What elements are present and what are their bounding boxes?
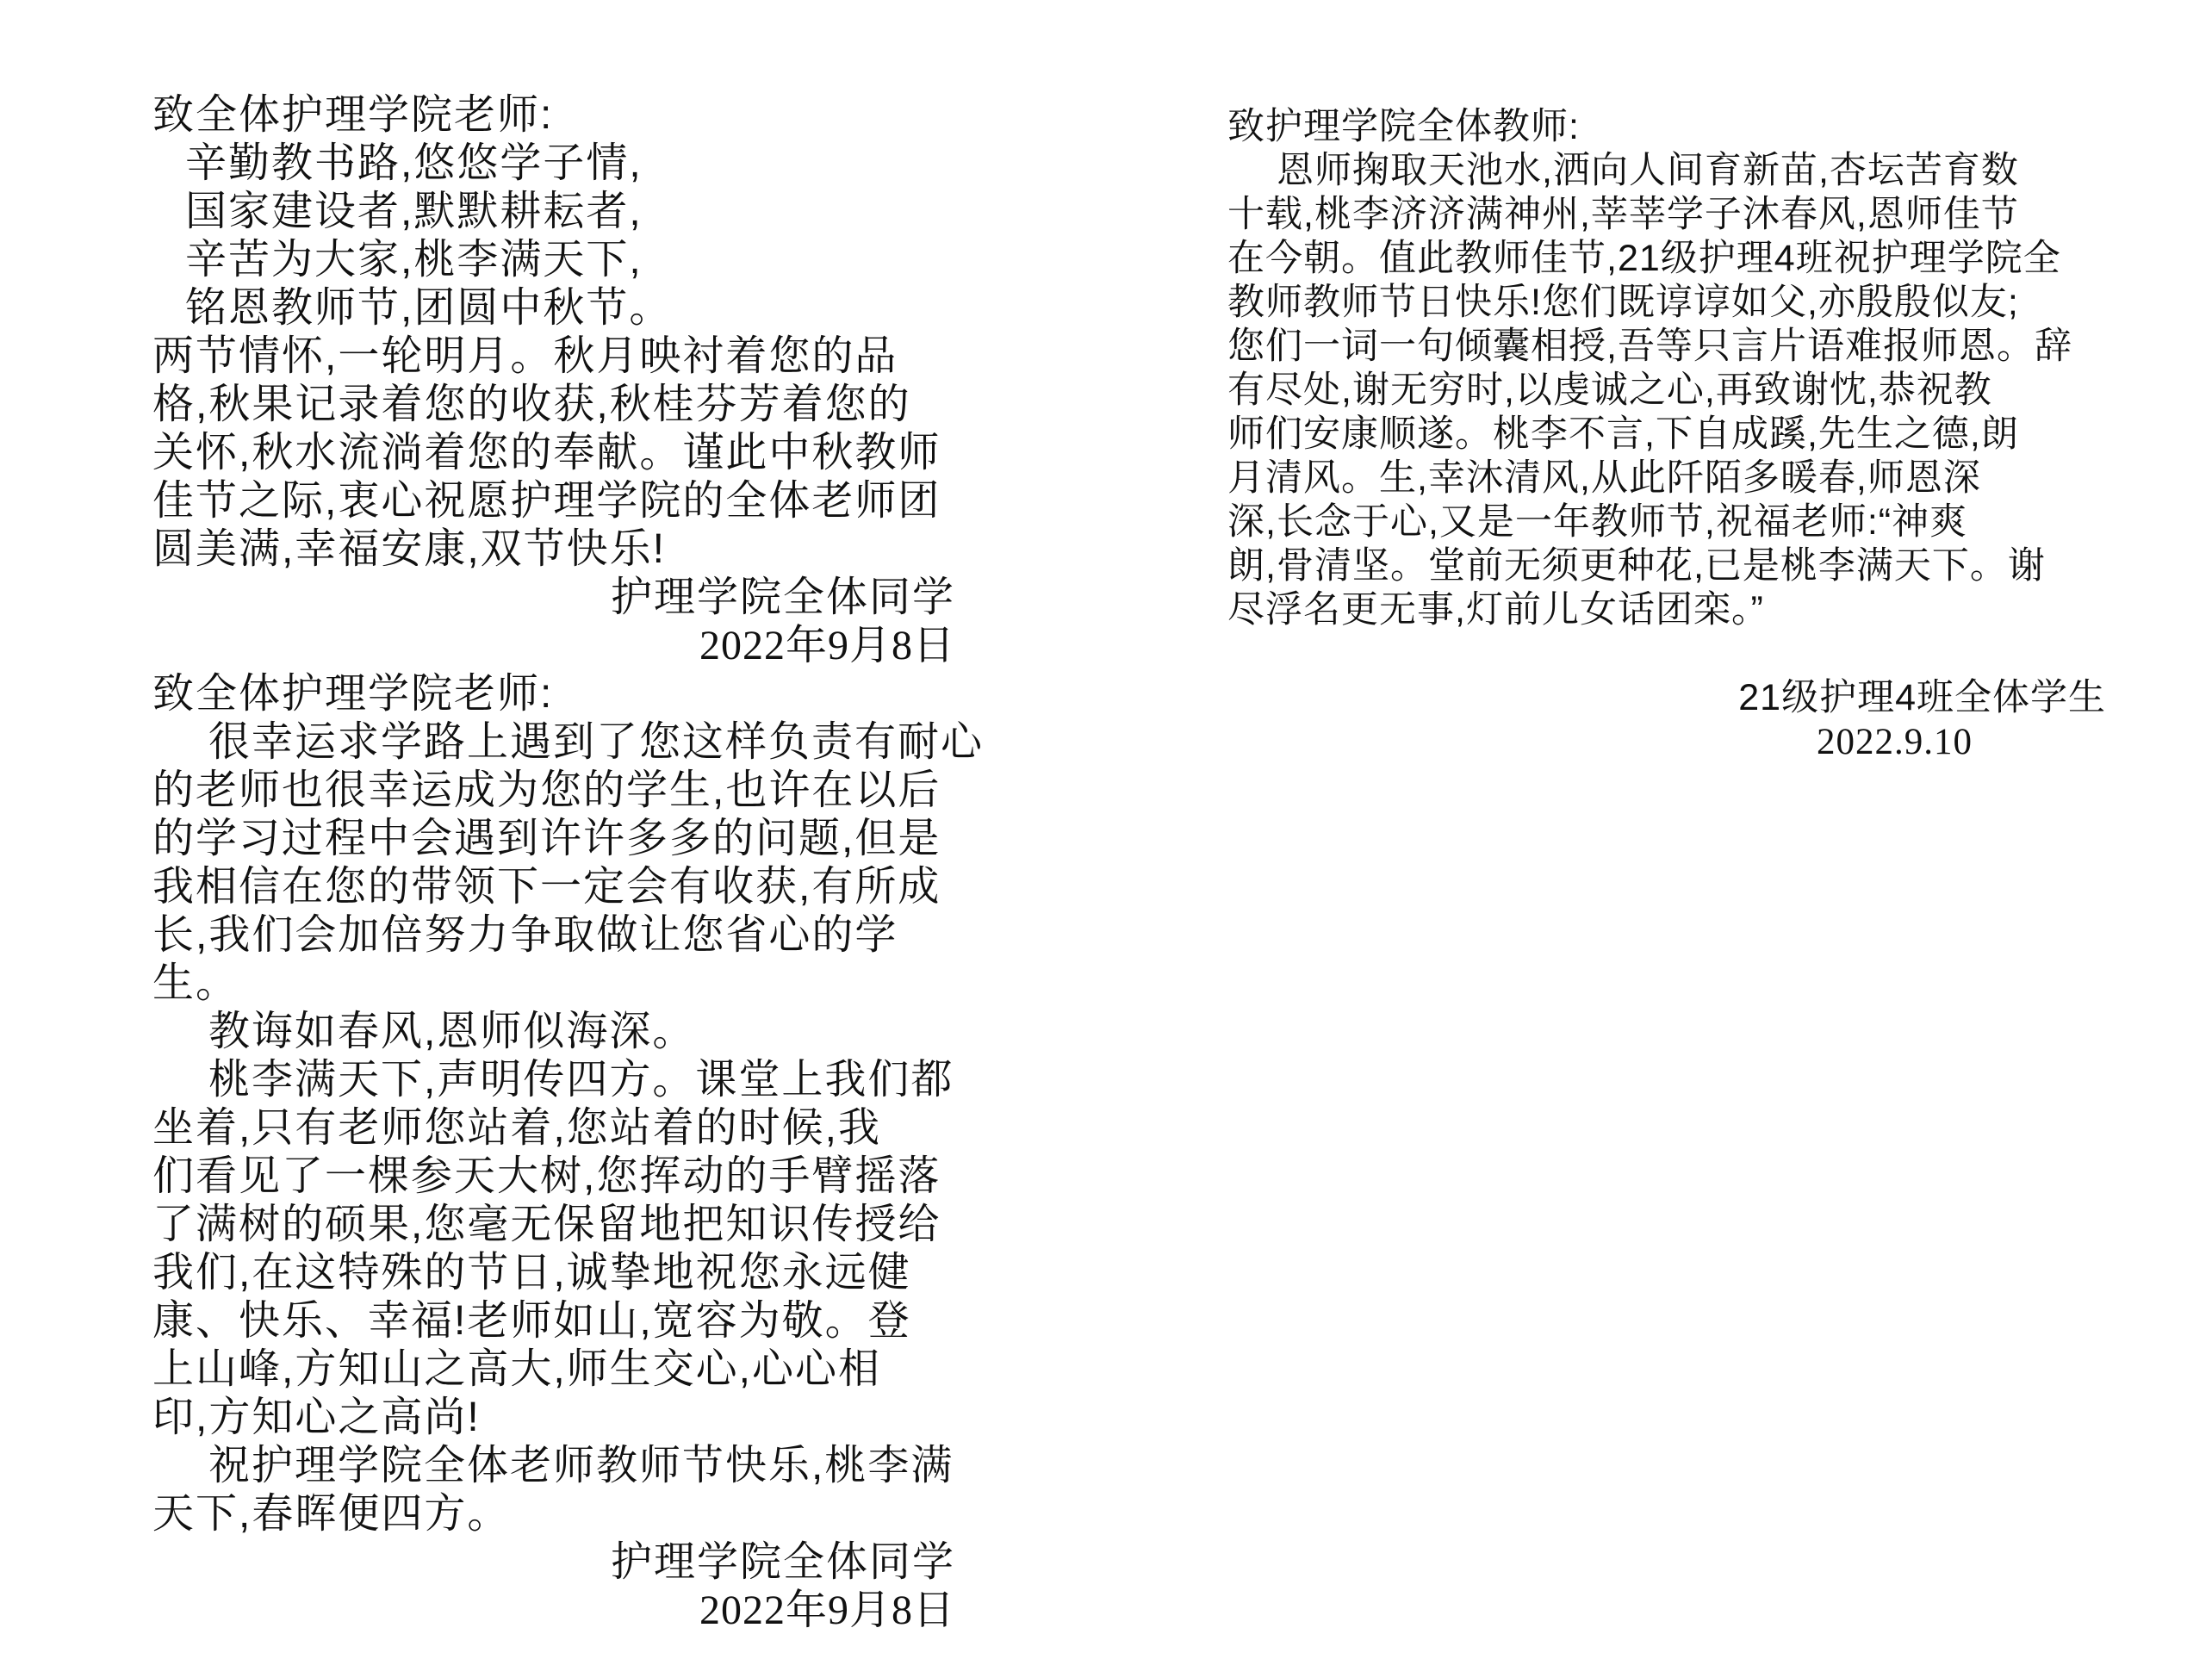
text-line: 我相信在您的带领下一定会有收获,有所成 xyxy=(152,863,955,911)
text-line: 深,长念于心,又是一年教师节,祝福老师:“神爽 xyxy=(1227,500,2106,544)
text-line: 了满树的硕果,您毫无保留地把知识传授给 xyxy=(152,1201,955,1249)
text-line: 们看见了一棵参天大树,您挥动的手臂摇落 xyxy=(152,1153,955,1201)
text-line: 两节情怀,一轮明月。秋月映衬着您的品 xyxy=(152,332,955,381)
text-line: 生。 xyxy=(152,960,955,1008)
text-line: 康、快乐、幸福!老师如山,宽容为敬。登 xyxy=(152,1297,955,1345)
text-line: 有尽处,谢无穷时,以虔诚之心,再致谢忱,恭祝教 xyxy=(1227,369,2106,413)
text-line: 我们,在这特殊的节日,诚挚地祝您永远健 xyxy=(152,1249,955,1297)
document-page: 致全体护理学院老师:辛勤教书路,悠悠学子情,国家建设者,默默耕耘者,辛苦为大家,… xyxy=(0,0,2212,1659)
text-line: 恩师掬取天池水,洒向人间育新苗,杏坛苦育数 xyxy=(1227,149,2106,193)
text-line: 坐着,只有老师您站着,您站着的时候,我 xyxy=(152,1104,955,1153)
text-line: 铭恩教师节,团圆中秋节。 xyxy=(152,284,955,332)
text-line: 辛苦为大家,桃李满天下, xyxy=(152,236,955,284)
text-line: 教师教师节日快乐!您们既谆谆如父,亦殷殷似友; xyxy=(1227,281,2106,325)
text-line: 尽浮名更无事,灯前儿女话团栾。” xyxy=(1227,588,2106,632)
blank-line xyxy=(1227,632,2106,676)
text-line: 的学习过程中会遇到许许多多的问题,但是 xyxy=(152,815,955,863)
text-line: 天下,春晖便四方。 xyxy=(152,1490,955,1538)
text-line: 印,方知心之高尚! xyxy=(152,1394,955,1442)
text-line: 的老师也很幸运成为您的学生,也许在以后 xyxy=(152,767,955,815)
text-line: 辛勤教书路,悠悠学子情, xyxy=(152,140,955,188)
text-line: 桃李满天下,声明传四方。课堂上我们都 xyxy=(152,1056,955,1104)
text-line: 致全体护理学院老师: xyxy=(152,670,955,718)
text-line: 关怀,秋水流淌着您的奉献。谨此中秋教师 xyxy=(152,429,955,477)
text-line: 佳节之际,衷心祝愿护理学院的全体老师团 xyxy=(152,477,955,525)
text-line: 2022年9月8日 xyxy=(152,622,955,670)
text-line: 国家建设者,默默耕耘者, xyxy=(152,188,955,236)
text-line: 长,我们会加倍努力争取做让您省心的学 xyxy=(152,911,955,960)
text-line: 月清风。生,幸沐清风,从此阡陌多暖春,师恩深 xyxy=(1227,457,2106,500)
text-line: 您们一词一句倾囊相授,吾等只言片语难报师恩。辞 xyxy=(1227,325,2106,369)
text-line: 十载,桃李济济满神州,莘莘学子沐春风,恩师佳节 xyxy=(1227,193,2106,237)
text-line: 圆美满,幸福安康,双节快乐! xyxy=(152,525,955,574)
text-line: 祝护理学院全体老师教师节快乐,桃李满 xyxy=(152,1442,955,1490)
text-line: 2022年9月8日 xyxy=(152,1587,955,1635)
text-line: 朗,骨清坚。堂前无须更种花,已是桃李满天下。谢 xyxy=(1227,544,2106,588)
text-line: 21级护理4班全体学生 xyxy=(1227,676,2106,720)
text-line: 护理学院全体同学 xyxy=(152,574,955,622)
text-line: 2022.9.10 xyxy=(1227,720,2106,764)
text-line: 教诲如春风,恩师似海深。 xyxy=(152,1008,955,1056)
text-line: 致全体护理学院老师: xyxy=(152,91,955,140)
text-line: 护理学院全体同学 xyxy=(152,1538,955,1587)
right-text-column: 致护理学院全体教师:恩师掬取天池水,洒向人间育新苗,杏坛苦育数十载,桃李济济满神… xyxy=(1227,105,2106,764)
text-line: 很幸运求学路上遇到了您这样负责有耐心 xyxy=(152,718,955,767)
left-text-column: 致全体护理学院老师:辛勤教书路,悠悠学子情,国家建设者,默默耕耘者,辛苦为大家,… xyxy=(152,91,955,1635)
text-line: 格,秋果记录着您的收获,秋桂芬芳着您的 xyxy=(152,381,955,429)
text-line: 致护理学院全体教师: xyxy=(1227,105,2106,149)
text-line: 在今朝。值此教师佳节,21级护理4班祝护理学院全 xyxy=(1227,237,2106,281)
text-line: 上山峰,方知山之高大,师生交心,心心相 xyxy=(152,1345,955,1394)
text-line: 师们安康顺遂。桃李不言,下自成蹊,先生之德,朗 xyxy=(1227,413,2106,457)
